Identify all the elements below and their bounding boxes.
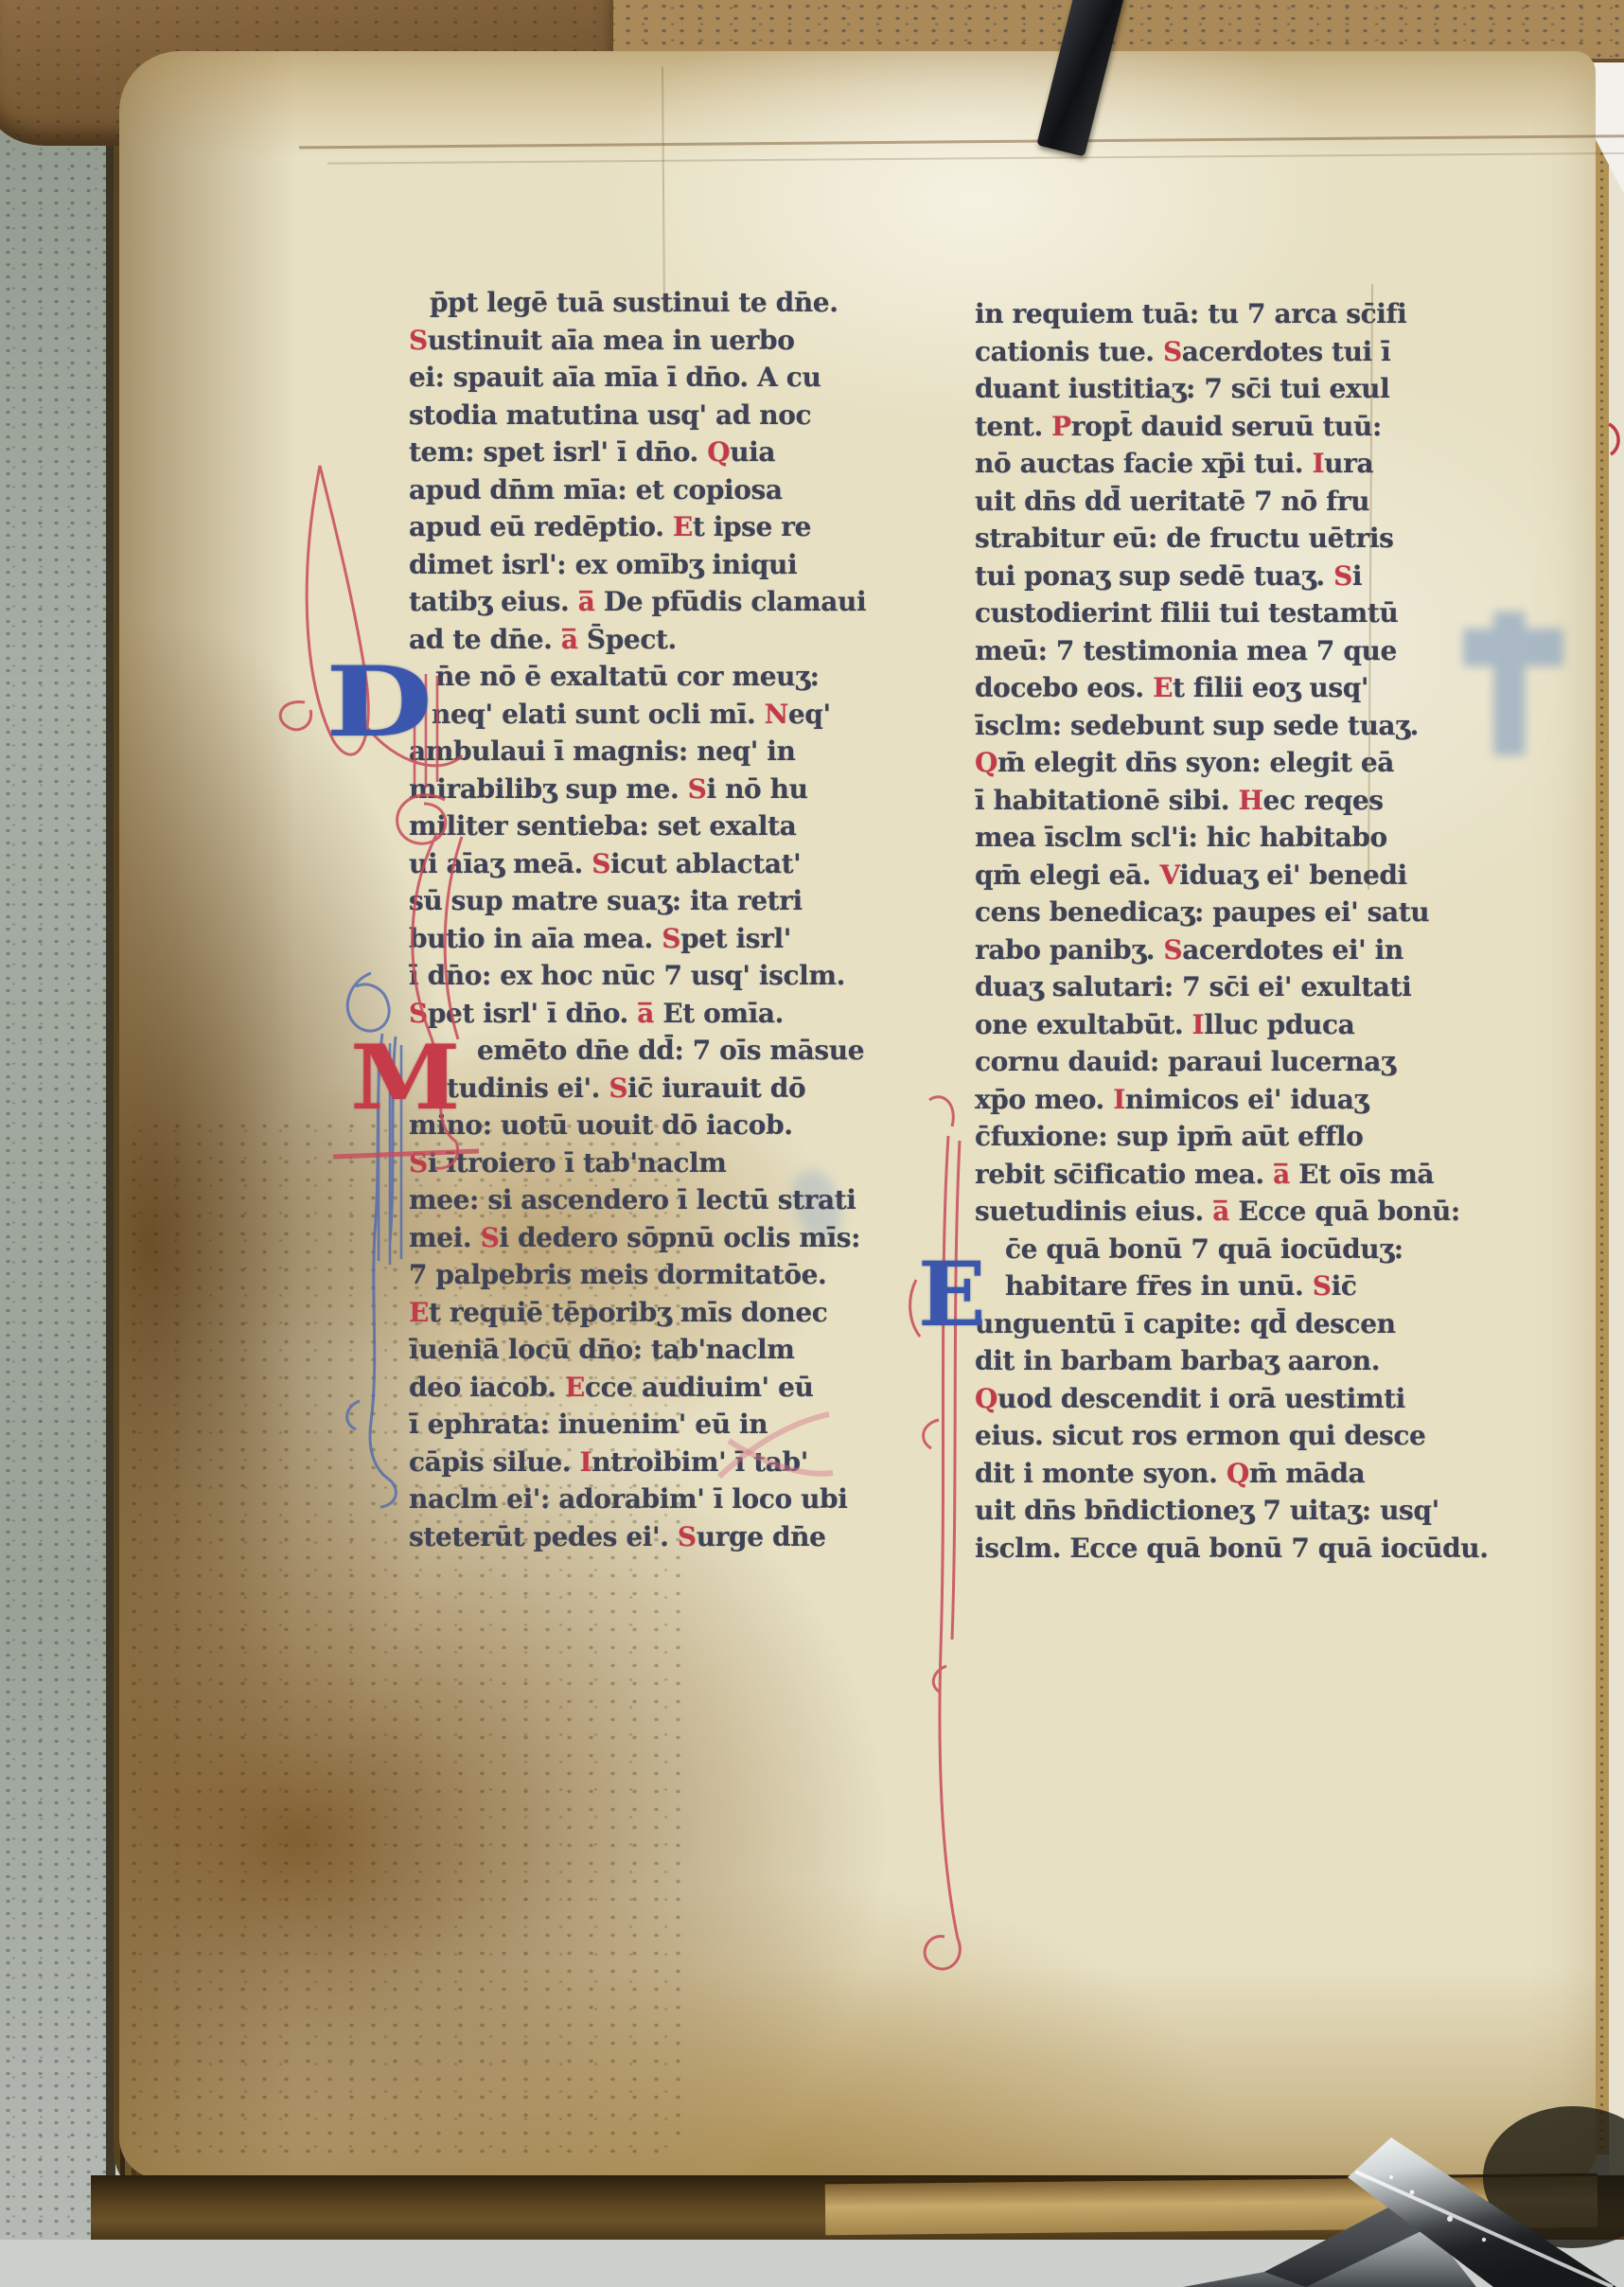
ink-text: one exultabūt. <box>975 1009 1192 1040</box>
ink-text: sū sup matre suaʒ: ita retri <box>409 885 803 916</box>
manuscript-text-line: naclm ei': adorabim' ī loco ubi <box>409 1480 939 1518</box>
manuscript-text-line: one exultabūt. Illuc pduca <box>975 1006 1562 1044</box>
ink-text: nō auctas facie xp̄i tui. <box>975 448 1312 479</box>
rubric-text: S <box>409 325 428 356</box>
rubric-text: I <box>1192 1009 1205 1040</box>
ink-text: m̄ māda <box>1249 1458 1365 1489</box>
ink-text: ui aīaʒ meā. <box>409 848 591 879</box>
ink-text: icut ablactat' <box>610 848 801 879</box>
ink-text: dit i monte syon. <box>975 1458 1227 1489</box>
manuscript-text-line: Et requiē tēporibʒ mīs donec <box>409 1294 939 1332</box>
ink-text: cationis tue. <box>975 336 1163 367</box>
ink-text: dit in barbam barbaʒ aaron. <box>975 1345 1380 1376</box>
ink-text: Et oīs mā <box>1298 1159 1434 1190</box>
ink-text: cornu dauid: paraui lucernaʒ <box>975 1046 1395 1077</box>
manuscript-text-line: apud dn̄m mīa: et copiosa <box>409 471 939 509</box>
under-page-edges <box>825 2173 1598 2236</box>
ink-text: custodierint filii tui testamtū <box>975 597 1398 629</box>
manuscript-text-line: dit in barbam barbaʒ aaron. <box>975 1342 1562 1380</box>
ink-text: duant iustitiaʒ: 7 sc̄i tui exul <box>975 373 1389 404</box>
ink-text: dimet isrl': ex omībʒ iniqui <box>409 549 797 580</box>
manuscript-text-line: eius. sicut ros ermon qui desce <box>975 1417 1562 1455</box>
ink-text: n̄e nō ē exaltatū cor meuʒ: <box>435 661 820 692</box>
ink-text: īsclm: sedebunt sup sede tuaʒ. <box>975 710 1419 741</box>
ink-text: tui ponaʒ sup sedē tuaʒ. <box>975 560 1333 592</box>
table-cloth-left <box>0 0 114 2287</box>
manuscript-text-line: habitare fr̄es in unū. Sic̄ <box>975 1268 1562 1305</box>
rubric-text: E <box>673 511 693 542</box>
ink-text: pet isrl' <box>680 923 791 954</box>
rubric-text: S <box>409 1147 428 1179</box>
ink-text: qm̄ elegi eā. <box>975 860 1159 891</box>
rubric-text: S <box>1163 336 1182 367</box>
ink-text: isclm. Ecce quā bonū 7 quā iocūdu. <box>975 1533 1489 1564</box>
manuscript-text-line: strabitur eū: de fructu uētris <box>975 520 1562 558</box>
ink-text: strabitur eū: de fructu uētris <box>975 523 1394 554</box>
ink-text: lluc pduca <box>1204 1009 1354 1040</box>
ink-text: cāpis silue. <box>409 1446 579 1478</box>
ink-text: ei: spauit aīa mīa ī dn̄o. A cu <box>409 362 821 393</box>
manuscript-text-line: uit dn̄s bn̄dictioneʒ 7 uitaʒ: usq' <box>975 1492 1562 1530</box>
ink-text: ic̄ iurauit dō <box>627 1073 805 1104</box>
manuscript-text-line: ī habitationē sibi. Hec reqes <box>975 782 1562 820</box>
ink-text: rebit sc̄ificatio mea. <box>975 1159 1273 1190</box>
rubric-text: I <box>1113 1084 1125 1115</box>
illuminated-initial-E: E <box>918 1253 986 1337</box>
ink-text: i nō hu <box>707 773 808 805</box>
manuscript-text-line: cāpis silue. Introibim' ī tab' <box>409 1444 939 1481</box>
ink-text: mirabilibʒ sup me. <box>409 773 688 805</box>
manuscript-text-line: ad te dn̄e. a̅ S̄pect. <box>409 621 939 659</box>
ink-text: pet isrl' ī dn̄o. <box>428 998 637 1029</box>
manuscript-text-line: tem: spet isrl' ī dn̄o. Quia <box>409 434 939 471</box>
manuscript-text-line: butio in aīa mea. Spet isrl' <box>409 920 939 958</box>
ink-text: īueniā locū dn̄o: tab'naclm <box>409 1334 795 1365</box>
ink-text: tudinis ei'. <box>447 1073 609 1104</box>
ink-text: tatibʒ eius. <box>409 586 578 617</box>
ink-text: ec reqes <box>1263 785 1384 816</box>
manuscript-text-line: Sustinuit aīa mea in uerbo <box>409 322 939 360</box>
rubric-text: a̅ <box>561 624 587 655</box>
ink-text: apud dn̄m mīa: et copiosa <box>409 474 783 505</box>
manuscript-text-line: cens benedicaʒ: paupes ei' satu <box>975 894 1562 931</box>
top-crease-line-2 <box>327 151 1624 164</box>
ink-text: ambulaui ī magnis: neq' in <box>409 736 795 767</box>
rubric-text: N <box>765 699 788 730</box>
ink-text: Et omīa. <box>662 998 784 1029</box>
ink-text: De pfūdis clamaui <box>604 586 866 617</box>
manuscript-text-line: mino: uotū uouit dō iacob. <box>409 1107 939 1144</box>
ink-text: uit dn̄s dd̄ ueritatē 7 nō fru <box>975 486 1369 517</box>
ink-text: ic̄ <box>1332 1270 1357 1302</box>
ink-text: ī habitationē sibi. <box>975 785 1238 816</box>
ink-text: militer sentieba: set exalta <box>409 810 796 842</box>
manuscript-text-line: rabo panibʒ. Sacerdotes ei' in <box>975 931 1562 969</box>
rubric-text: Q <box>1227 1458 1249 1489</box>
ink-text: ropt̄ dauid seruū tuū: <box>1071 411 1382 442</box>
rubric-text: S <box>678 1521 697 1552</box>
manuscript-text-line: duaʒ salutari: 7 sc̄i ei' exultati <box>975 968 1562 1006</box>
ink-text: duaʒ salutari: 7 sc̄i ei' exultati <box>975 971 1411 1002</box>
manuscript-text-line: cationis tue. Sacerdotes tui ī <box>975 333 1562 371</box>
manuscript-text-line: duant iustitiaʒ: 7 sc̄i tui exul <box>975 370 1562 408</box>
manuscript-text-line: 7 palpebris meis dormitatōe. <box>409 1256 939 1294</box>
ink-text: c̄e quā bonū 7 quā iocūduʒ: <box>1005 1233 1403 1265</box>
ink-text: acerdotes tui ī <box>1182 336 1391 367</box>
ink-text: butio in aīa mea. <box>409 923 662 954</box>
manuscript-text-line: docebo eos. Et filii eoʒ usq' <box>975 669 1562 707</box>
ink-text: cens benedicaʒ: paupes ei' satu <box>975 896 1429 928</box>
rubric-text: a̅ <box>637 998 662 1029</box>
manuscript-text-line: cornu dauid: paraui lucernaʒ <box>975 1043 1562 1081</box>
manuscript-text-line: ei: spauit aīa mīa ī dn̄o. A cu <box>409 359 939 397</box>
ink-text: mea īsclm scl'i: hic habitabo <box>975 822 1387 853</box>
ink-text: uit dn̄s bn̄dictioneʒ 7 uitaʒ: usq' <box>975 1495 1439 1526</box>
ink-text: ī ephrata: inuenim' eū in <box>409 1409 768 1440</box>
manuscript-text-line: tui ponaʒ sup sedē tuaʒ. Si <box>975 558 1562 595</box>
manuscript-text-line: rebit sc̄ificatio mea. a̅ Et oīs mā <box>975 1156 1562 1194</box>
ink-text: ntroibim' ī tab' <box>591 1446 808 1478</box>
manuscript-text-line: Spet isrl' ī dn̄o. a̅ Et omīa. <box>409 995 939 1033</box>
ink-text: meū: 7 testimonia mea 7 que <box>975 635 1397 666</box>
table-surface <box>0 2240 1624 2287</box>
manuscript-text-line: dit i monte syon. Qm̄ māda <box>975 1455 1562 1493</box>
manuscript-text-line: custodierint filii tui testamtū <box>975 594 1562 632</box>
manuscript-text-line: unguentū ī capite: qd̄ descen <box>975 1305 1562 1343</box>
manuscript-text-line: c̄fuxione: sup ipm̄ aūt efflo <box>975 1118 1562 1156</box>
manuscript-text-line: dimet isrl': ex omībʒ iniqui <box>409 546 939 584</box>
rubric-text: S <box>1163 934 1182 966</box>
manuscript-text-line: ui aīaʒ meā. Sicut ablactat' <box>409 845 939 883</box>
ink-text: i <box>1352 560 1362 592</box>
ink-text: eius. sicut ros ermon qui desce <box>975 1420 1425 1451</box>
rubric-text: S <box>1333 560 1352 592</box>
rubric-text: a̅ <box>1273 1159 1298 1190</box>
ink-text: rabo panibʒ. <box>975 934 1163 966</box>
rubric-text: a̅ <box>1212 1196 1238 1227</box>
manuscript-text-line: sū sup matre suaʒ: ita retri <box>409 882 939 920</box>
rubric-text: S <box>409 998 428 1029</box>
manuscript-text-line: Qm̄ elegit dn̄s syon: elegit eā <box>975 744 1562 782</box>
manuscript-text-line: ī dn̄o: ex hoc nūc 7 usq' isclm. <box>409 957 939 995</box>
manuscript-text-line: tent. Propt̄ dauid seruū tuū: <box>975 408 1562 446</box>
rubric-text: S <box>609 1073 627 1104</box>
ink-text: naclm ei': adorabim' ī loco ubi <box>409 1483 847 1515</box>
rubric-text: E <box>409 1297 429 1328</box>
manuscript-text-line: tudinis ei'. Sic̄ iurauit dō <box>409 1070 939 1108</box>
manuscript-text-line: Si ītroiero ī tab'naclm <box>409 1144 939 1182</box>
ink-text: ī dn̄o: ex hoc nūc 7 usq' isclm. <box>409 960 845 991</box>
rubric-text: Q <box>975 747 997 778</box>
ink-text: tem: spet isrl' ī dn̄o. <box>409 436 707 468</box>
ink-text: nimicos ei' iduaʒ <box>1125 1084 1368 1115</box>
manuscript-text-line: xp̄o meo. Inimicos ei' iduaʒ <box>975 1081 1562 1119</box>
top-crease-line <box>299 134 1624 150</box>
ink-text: mino: uotū uouit dō iacob. <box>409 1109 793 1141</box>
rubric-text: H <box>1238 785 1262 816</box>
ink-text: in requiem tuā: tu 7 arca sc̄ifi <box>975 298 1406 329</box>
ink-text: ustinuit aīa mea in uerbo <box>428 325 795 356</box>
rubric-text: P <box>1051 411 1071 442</box>
manuscript-text-line: ambulaui ī magnis: neq' in <box>409 733 939 771</box>
ink-text: c̄fuxione: sup ipm̄ aūt efflo <box>975 1121 1363 1152</box>
next-page-edge <box>1609 0 1624 2187</box>
manuscript-text-line: qm̄ elegi eā. Viduaʒ ei' benedi <box>975 857 1562 895</box>
ink-text: docebo eos. <box>975 672 1153 703</box>
ink-text: neq' elati sunt ocli mī. <box>432 699 765 730</box>
rubric-text: S <box>688 773 707 805</box>
manuscript-text-line: neq' elati sunt ocli mī. Neq' <box>409 696 939 734</box>
manuscript-text-line: ī ephrata: inuenim' eū in <box>409 1406 939 1444</box>
ink-text: uod descendit i orā uestimti <box>997 1383 1405 1414</box>
rubric-text: E <box>565 1372 585 1403</box>
manuscript-text-line: mea īsclm scl'i: hic habitabo <box>975 819 1562 857</box>
ink-text: stodia matutina usq' ad noc <box>409 399 811 431</box>
ink-text: xp̄o meo. <box>975 1084 1113 1115</box>
manuscript-text-line: mee: si ascendero ī lectū strati <box>409 1181 939 1219</box>
rubric-text: a̅ <box>578 586 604 617</box>
rubric-text: V <box>1159 860 1179 891</box>
manuscript-text-line: deo iacob. Ecce audiuim' eū <box>409 1369 939 1407</box>
ink-text: urge dn̄e <box>697 1521 826 1552</box>
ink-text: i dedero sōpnū oclis mīs: <box>499 1222 860 1253</box>
manuscript-text-line: īueniā locū dn̄o: tab'naclm <box>409 1331 939 1369</box>
ink-text: unguentū ī capite: qd̄ descen <box>975 1308 1396 1339</box>
ink-text: ura <box>1324 448 1373 479</box>
ink-text: mee: si ascendero ī lectū strati <box>409 1184 856 1215</box>
manuscript-text-line: nō auctas facie xp̄i tui. Iura <box>975 445 1562 483</box>
ink-text: deo iacob. <box>409 1372 565 1403</box>
text-column-left: p̄pt legē tuā sustinui te dn̄e.Sustinuit… <box>409 284 939 1555</box>
ink-text: S̄pect. <box>587 624 677 655</box>
manuscript-text-line: emēto dn̄e dd̄: 7 oīs māsue <box>409 1032 939 1070</box>
ink-text: Ecce quā bonū: <box>1238 1196 1460 1227</box>
rubric-text: S <box>481 1222 500 1253</box>
rubric-text: Q <box>975 1383 997 1414</box>
manuscript-text-line: apud eū redēptio. Et ipse re <box>409 508 939 546</box>
manuscript-text-line: īsclm: sedebunt sup sede tuaʒ. <box>975 707 1562 745</box>
manuscript-text-line: stodia matutina usq' ad noc <box>409 397 939 434</box>
rubric-text: S <box>662 923 680 954</box>
manuscript-text-line: militer sentieba: set exalta <box>409 807 939 845</box>
rubric-text: Q <box>707 436 730 468</box>
ink-text: tent. <box>975 411 1051 442</box>
rubric-text: I <box>1312 448 1324 479</box>
manuscript-text-line: uit dn̄s dd̄ ueritatē 7 nō fru <box>975 483 1562 521</box>
text-column-right: in requiem tuā: tu 7 arca sc̄ificationis… <box>975 295 1562 1567</box>
ink-text: eq' <box>788 699 831 730</box>
manuscript-text-line: steterūt pedes ei'. Surge dn̄e <box>409 1518 939 1556</box>
manuscript-photograph: p̄pt legē tuā sustinui te dn̄e.Sustinuit… <box>0 0 1624 2287</box>
manuscript-text-line: mei. Si dedero sōpnū oclis mīs: <box>409 1219 939 1257</box>
manuscript-text-line: meū: 7 testimonia mea 7 que <box>975 632 1562 670</box>
manuscript-text-line: Quod descendit i orā uestimti <box>975 1380 1562 1418</box>
ink-text: apud eū redēptio. <box>409 511 673 542</box>
manuscript-text-line: mirabilibʒ sup me. Si nō hu <box>409 771 939 808</box>
ink-text: t requiē tēporibʒ mīs donec <box>429 1297 827 1328</box>
manuscript-text-line: p̄pt legē tuā sustinui te dn̄e. <box>409 284 939 322</box>
rubric-text: S <box>1313 1270 1332 1302</box>
ink-text: uia <box>730 436 775 468</box>
ink-text: m̄ elegit dn̄s syon: elegit eā <box>997 747 1394 778</box>
ink-text: cce audiuim' eū <box>585 1372 814 1403</box>
manuscript-text-line: isclm. Ecce quā bonū 7 quā iocūdu. <box>975 1530 1562 1568</box>
illuminated-initial-D: D <box>326 661 432 744</box>
manuscript-text-line: n̄e nō ē exaltatū cor meuʒ: <box>409 658 939 696</box>
ink-text: suetudinis eius. <box>975 1196 1212 1227</box>
rubric-text: I <box>579 1446 591 1478</box>
ink-text: 7 palpebris meis dormitatōe. <box>409 1259 826 1290</box>
ink-text: t ipse re <box>693 511 811 542</box>
manuscript-text-line: tatibʒ eius. a̅ De pfūdis clamaui <box>409 583 939 621</box>
ink-text: t filii eoʒ usq' <box>1173 672 1368 703</box>
manuscript-text-line: suetudinis eius. a̅ Ecce quā bonū: <box>975 1193 1562 1231</box>
rubric-text: S <box>591 848 610 879</box>
ink-text: steterūt pedes ei'. <box>409 1521 678 1552</box>
ink-text: emēto dn̄e dd̄: 7 oīs māsue <box>477 1035 864 1066</box>
ink-text: i ītroiero ī tab'naclm <box>428 1147 727 1179</box>
ink-text: iduaʒ ei' benedi <box>1179 860 1407 891</box>
manuscript-text-line: in requiem tuā: tu 7 arca sc̄ifi <box>975 295 1562 333</box>
cloth-speckle-texture <box>0 0 114 2287</box>
manuscript-text-line: c̄e quā bonū 7 quā iocūduʒ: <box>975 1231 1562 1268</box>
illuminated-initial-M: M <box>350 1037 461 1119</box>
rubric-text: E <box>1153 672 1173 703</box>
ink-text: acerdotes ei' in <box>1182 934 1403 966</box>
ink-text: habitare fr̄es in unū. <box>1005 1270 1313 1302</box>
ink-text: p̄pt legē tuā sustinui te dn̄e. <box>430 287 838 318</box>
ink-text: mei. <box>409 1222 481 1253</box>
